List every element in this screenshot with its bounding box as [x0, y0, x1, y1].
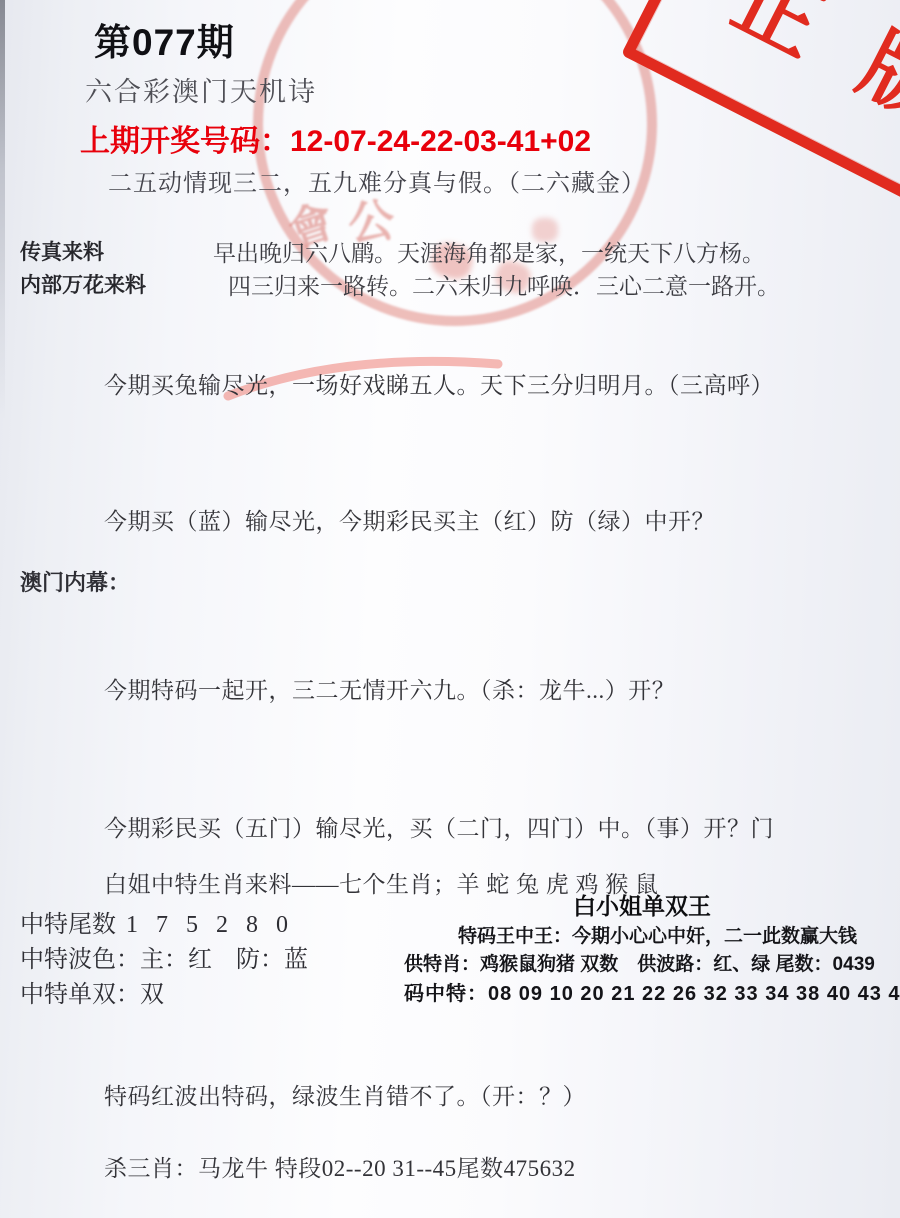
- internal-source-text: 四三归来一路转。二六未归九呼唤．三心二意一路开。: [228, 268, 780, 301]
- tail-numbers-value: 1 7 5 2 8 0: [126, 912, 294, 938]
- macau-insider-label: 澳门内幕：: [20, 566, 130, 597]
- last-draw-label: 上期开奖号码：: [80, 125, 290, 158]
- fax-source-text: 早出晚归六八鹛。天涯海角都是家，一统天下八方杨。: [213, 235, 765, 268]
- last-draw-numbers: 12-07-24-22-03-41+02: [290, 125, 591, 158]
- fax-source-label: 传真来料: [20, 236, 104, 266]
- red-wave-tip-line: 特码红波出特码，绿波生肖错不了。（开：？）: [104, 1078, 586, 1111]
- odd-even-label: 中特单双：: [20, 982, 140, 1008]
- wave-color-row: 中特波色：主：红 防：蓝: [20, 939, 308, 974]
- tip-line: 今期特码一起开，三二无情开六九。（杀：龙牛...）开？: [104, 672, 675, 705]
- scan-edge-artifact: [0, 0, 5, 420]
- tail-numbers-row: 中特尾数1 7 5 2 8 0: [20, 904, 294, 939]
- kill-zodiac-line: 杀三肖：马龙牛 特段02--20 31--45尾数475632: [104, 1150, 576, 1183]
- right-panel-line2: 供特肖：鸡猴鼠狗猪 双数 供波路：红、绿 尾数：0439: [404, 949, 875, 976]
- hint-poem: 二五动情现三二，五九难分真与假。（二六藏金）: [108, 163, 646, 198]
- genuine-stamp: 正版: [621, 0, 900, 242]
- tip-line: 今期买（蓝）输尽光，今期彩民买主（红）防（绿）中开？: [104, 503, 715, 536]
- wave-color-value: 主：红 防：蓝: [140, 947, 308, 973]
- tail-numbers-label: 中特尾数: [20, 912, 116, 938]
- wave-color-label: 中特波色：: [20, 947, 140, 973]
- right-panel-line3: 码中特：08 09 10 20 21 22 26 32 33 34 38 40 …: [404, 977, 900, 1006]
- issue-title: 第077期: [94, 12, 235, 66]
- lottery-tip-sheet: 會 公 正版 第077期 六合彩澳门天机诗 上期开奖号码：12-07-24-22…: [0, 0, 900, 1218]
- right-panel-line1: 特码王中王：今期小心心中奸，二一此数赢大钱: [458, 921, 857, 948]
- last-draw-line: 上期开奖号码：12-07-24-22-03-41+02: [80, 116, 591, 160]
- page-subtitle: 六合彩澳门天机诗: [85, 70, 317, 109]
- tip-line: 今期彩民买（五门）输尽光，买（二门，四门）中。（事）开？门: [104, 810, 774, 843]
- right-panel-title: 白小姐单双王: [573, 888, 711, 921]
- internal-source-label: 内部万花来料: [20, 269, 146, 299]
- odd-even-row: 中特单双：双: [20, 974, 164, 1009]
- tip-line: 今期买兔输尽光，一场好戏睇五人。天下三分归明月。（三高呼）: [104, 367, 774, 400]
- genuine-stamp-text: 正版: [695, 0, 900, 160]
- odd-even-value: 双: [140, 982, 164, 1008]
